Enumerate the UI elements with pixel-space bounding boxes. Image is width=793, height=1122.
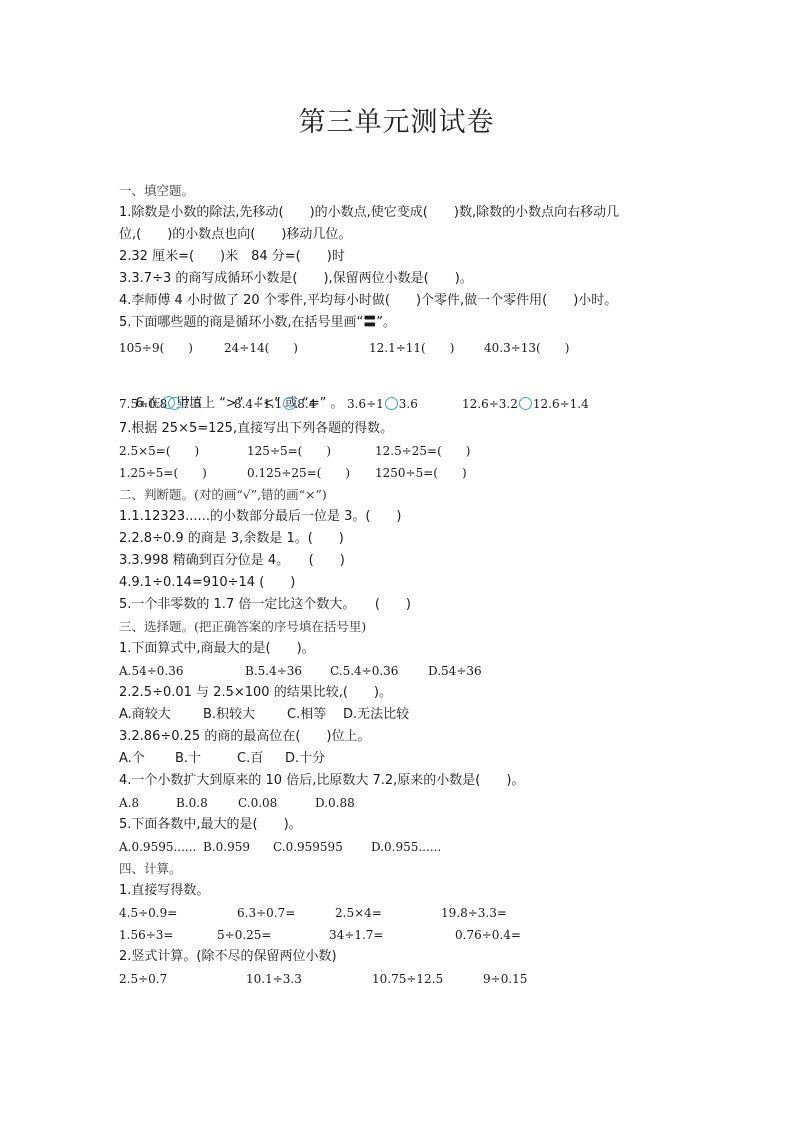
option: A.商较大 [119, 704, 203, 726]
choice-question: 2.2.5÷0.01 与 2.5×100 的结果比较,( )。 [119, 682, 679, 704]
q7-item: 125÷5=( ) [247, 440, 375, 462]
calc-item: 6.3÷0.7= [237, 902, 335, 924]
option: C.0.08 [238, 792, 315, 814]
q7-item: 2.5×5=( ) [119, 440, 247, 462]
question-text: 4.李师傅 4 小时做了 20 个零件,平均每小时做( )个零件,做一个零件用(… [119, 290, 679, 312]
option: B.5.4÷36 [245, 660, 330, 682]
choice-options: A.0.9595...... B.0.959 C.0.959595 D.0.95… [119, 836, 679, 858]
option: A.54÷0.36 [119, 660, 245, 682]
section-heading-fill-blank: 一、填空题。 [119, 180, 679, 202]
judge-item: 4.9.1÷0.14=910÷14 ( ) [119, 572, 679, 594]
option: D.无法比较 [343, 704, 409, 726]
option: C.百 [237, 748, 285, 770]
option: D.0.88 [315, 792, 355, 814]
calc-row: 4.5÷0.9= 6.3÷0.7= 2.5×4= 19.8÷3.3= [119, 902, 679, 924]
circle-icon[interactable] [519, 397, 532, 410]
calc-item: 1.56÷3= [119, 924, 217, 946]
question-text: 1.除数是小数的除法,先移动( )的小数点,使它变成( )数,除数的小数点向右移… [119, 202, 679, 224]
option: A.个 [119, 748, 175, 770]
compare-item: 12.6÷3.212.6÷1.4 [462, 390, 589, 418]
judge-item: 5.一个非零数的 1.7 倍一定比这个数大。 ( ) [119, 594, 679, 616]
choice-question: 1.下面算式中,商最大的是( )。 [119, 638, 679, 660]
option: B.积较大 [203, 704, 287, 726]
question-text: 1.直接写得数。 [119, 880, 679, 902]
calc-item: 4.5÷0.9= [119, 902, 237, 924]
option: A.8 [119, 792, 176, 814]
calc-item: 2.5×4= [335, 902, 441, 924]
option: B.十 [175, 748, 237, 770]
choice-question: 5.下面各数中,最大的是( )。 [119, 814, 679, 836]
choice-options: A.8 B.0.8 C.0.08 D.0.88 [119, 792, 679, 814]
choice-question: 3.2.86÷0.25 的商的最高位在( )位上。 [119, 726, 679, 748]
compare-item: 7.5÷0.87.5 [119, 390, 234, 418]
option: C.5.4÷0.36 [330, 660, 428, 682]
question-text: 2.竖式计算。(除不尽的保留两位小数) [119, 946, 679, 968]
compare-item: 8.4÷1.18.4 [234, 390, 347, 418]
compare-item: 3.6÷13.6 [347, 390, 462, 418]
calc-item: 5÷0.25= [217, 924, 329, 946]
option: D.十分 [285, 748, 325, 770]
question-text: 7.根据 25×5=125,直接写出下列各题的得数。 [119, 418, 679, 440]
circle-icon[interactable] [168, 397, 181, 410]
calc-item: 34÷1.7= [329, 924, 455, 946]
judge-item: 3.3.998 精确到百分位是 4。 ( ) [119, 550, 679, 572]
exam-content: 一、填空题。 1.除数是小数的除法,先移动( )的小数点,使它变成( )数,除数… [119, 180, 679, 990]
section-heading-calculation: 四、计算。 [119, 858, 679, 880]
calc-item: 2.5÷0.7 [119, 968, 246, 990]
q7-item: 12.5÷25=( ) [375, 440, 470, 462]
calc-row: 1.56÷3= 5÷0.25= 34÷1.7= 0.76÷0.4= [119, 924, 679, 946]
option: A.0.9595...... [119, 836, 203, 858]
q7-row: 1.25÷5=( ) 0.125÷25=( ) 1250÷5=( ) [119, 462, 679, 484]
calc-item: 9÷0.15 [483, 968, 527, 990]
section-heading-choice: 三、选择题。(把正确答案的序号填在括号里) [119, 616, 679, 638]
q5-item: 12.1÷11( ) [369, 334, 484, 362]
judge-item: 1.1.12323......的小数部分最后一位是 3。( ) [119, 506, 679, 528]
calc-item: 10.75÷12.5 [372, 968, 483, 990]
question-text: 位,( )的小数点也向( )移动几位。 [119, 224, 679, 246]
circle-icon[interactable] [385, 397, 398, 410]
calc-item: 10.1÷3.3 [246, 968, 372, 990]
choice-options: A.商较大 B.积较大 C.相等 D.无法比较 [119, 704, 679, 726]
q7-item: 1.25÷5=( ) [119, 462, 247, 484]
q5-items: 105÷9( ) 24÷14( ) 12.1÷11( ) 40.3÷13( ) [119, 334, 679, 362]
calc-item: 0.76÷0.4= [455, 924, 521, 946]
option: D.0.955...... [371, 836, 441, 858]
option: B.0.959 [203, 836, 273, 858]
q5-item: 40.3÷13( ) [484, 334, 569, 362]
section-heading-true-false: 二、判断题。(对的画“√”,错的画“×”) [119, 484, 679, 506]
option: C.相等 [287, 704, 343, 726]
question-text: 2.32 厘米=( )米 84 分=( )时 [119, 246, 679, 268]
choice-options: A.54÷0.36 B.5.4÷36 C.5.4÷0.36 D.54÷36 [119, 660, 679, 682]
q7-item: 0.125÷25=( ) [247, 462, 375, 484]
question-text: 5.下面哪些题的商是循环小数,在括号里画“〓”。 [119, 312, 679, 334]
page-title: 第三单元测试卷 [0, 100, 793, 139]
q5-item: 105÷9( ) [119, 334, 224, 362]
circle-icon[interactable] [283, 397, 296, 410]
q7-item: 1250÷5=( ) [375, 462, 467, 484]
question-text: 6.在里填上 “>” “<” 或 “=” 。 [119, 362, 679, 390]
calc-row: 2.5÷0.7 10.1÷3.3 10.75÷12.5 9÷0.15 [119, 968, 679, 990]
choice-question: 4.一个小数扩大到原来的 10 倍后,比原数大 7.2,原来的小数是( )。 [119, 770, 679, 792]
calc-item: 19.8÷3.3= [441, 902, 507, 924]
q7-row: 2.5×5=( ) 125÷5=( ) 12.5÷25=( ) [119, 440, 679, 462]
choice-options: A.个 B.十 C.百 D.十分 [119, 748, 679, 770]
q5-item: 24÷14( ) [224, 334, 369, 362]
question-text: 3.3.7÷3 的商写成循环小数是( ),保留两位小数是( )。 [119, 268, 679, 290]
judge-item: 2.2.8÷0.9 的商是 3,余数是 1。( ) [119, 528, 679, 550]
option: B.0.8 [176, 792, 238, 814]
option: D.54÷36 [428, 660, 482, 682]
option: C.0.959595 [273, 836, 371, 858]
q6-items: 7.5÷0.87.5 8.4÷1.18.4 3.6÷13.6 12.6÷3.21… [119, 390, 679, 418]
